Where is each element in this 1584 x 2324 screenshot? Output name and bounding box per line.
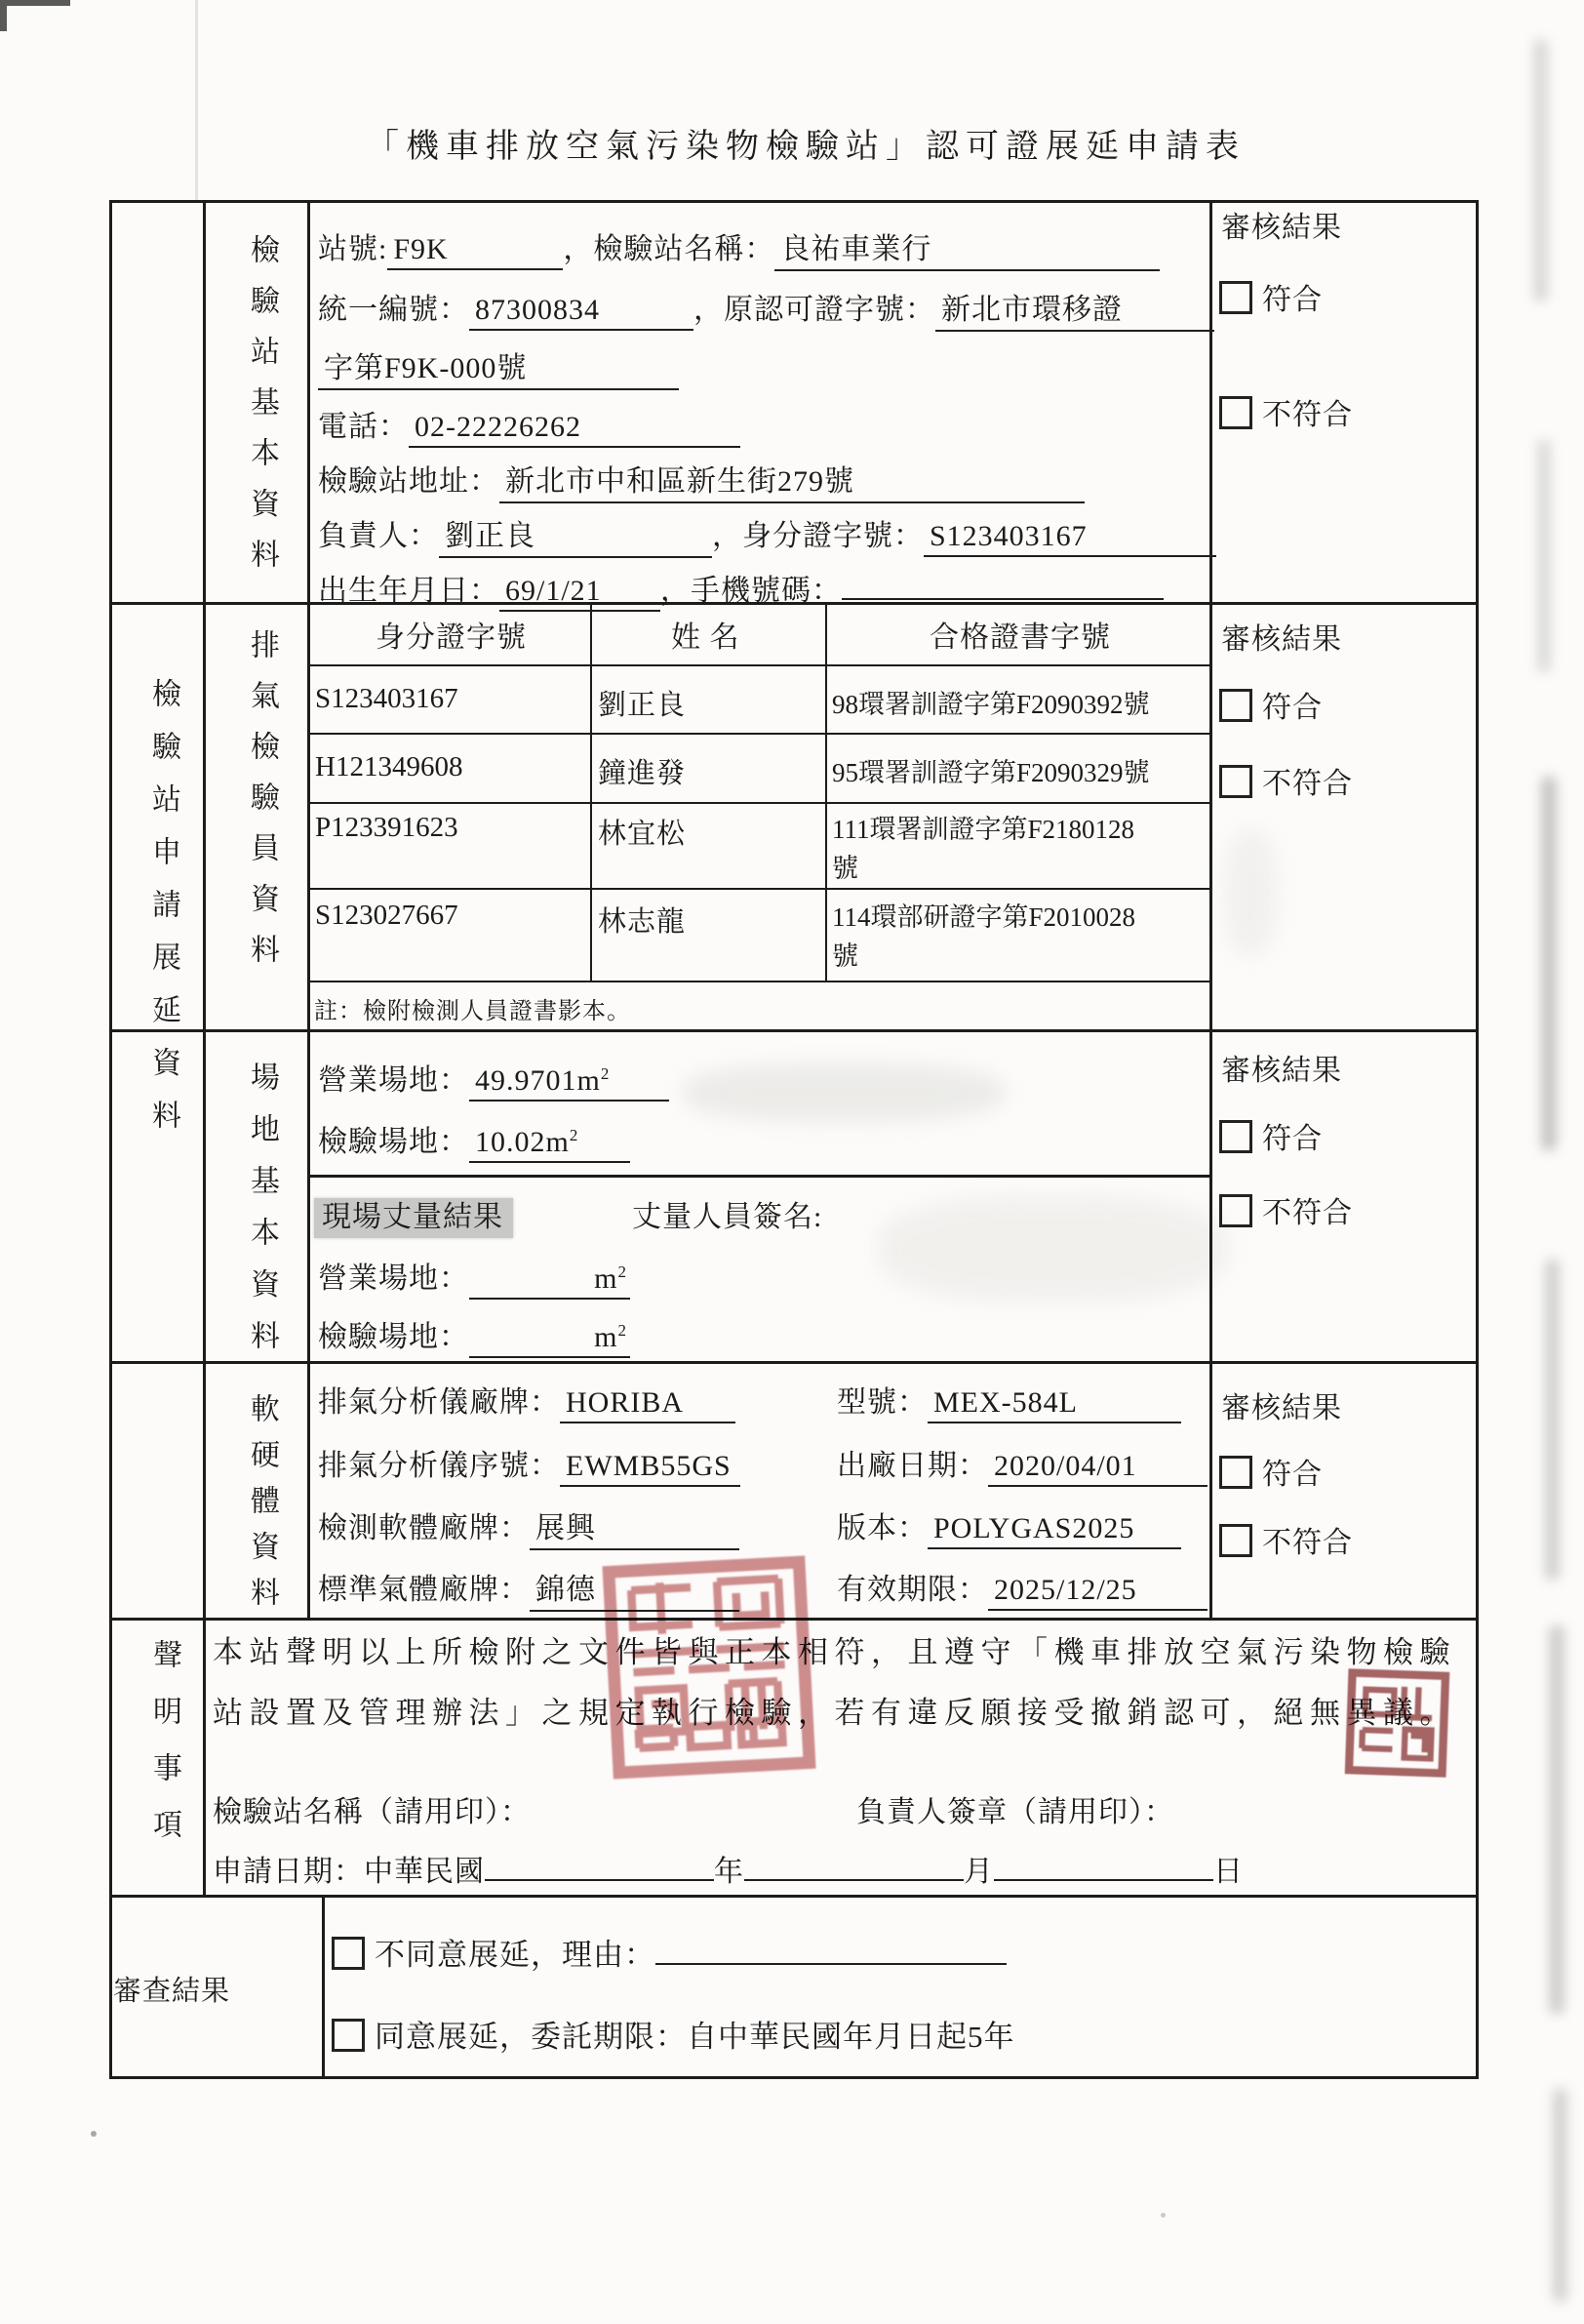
audit-pass-option: 符合 — [1219, 275, 1323, 318]
value-reject-reason-blank — [655, 1961, 1007, 1965]
value-software-brand: 展興 — [530, 1503, 739, 1550]
section-label-station-info: 檢驗站基本資料 — [240, 234, 283, 589]
value-date-day-blank — [994, 1877, 1213, 1881]
value-factory-date: 2020/04/01 — [988, 1450, 1208, 1487]
station-seal-label: 檢驗站名稱（請用印）： — [213, 1787, 531, 1830]
bleed-through-artifact — [1537, 439, 1551, 673]
value-inspection-measured-blank: m2 — [469, 1321, 630, 1358]
value-address: 新北市中和區新生街279號 — [499, 457, 1085, 503]
value-mobile-blank — [842, 596, 1164, 600]
table-border — [109, 1618, 1479, 1621]
declaration-line-2: 站設置及管理辦法」之規定執行檢驗，若有違反願接受撤銷認可，絕無異議。 — [213, 1688, 1456, 1732]
review-reject-option: 不同意展延，理由： — [332, 1930, 1007, 1974]
bleed-through-smudge — [878, 1195, 1229, 1302]
scan-speck — [1161, 2213, 1166, 2218]
audit-fail-option: 不符合 — [1219, 1518, 1353, 1561]
field-station-no: 站號:F9K，檢驗站名稱：良祐車業行 — [318, 224, 1160, 271]
inspector-row-id: P123391623 — [315, 812, 458, 844]
value-analyzer-model: MEX-584L — [928, 1386, 1181, 1423]
field-phone: 電話：02-22226262 — [318, 402, 740, 448]
audit-header: 審核結果 — [1221, 1383, 1342, 1426]
table-border — [109, 1361, 1479, 1364]
measurement-signature-label: 丈量人員簽名: — [632, 1192, 822, 1235]
application-date-line: 申請日期：中華民國年月日 — [213, 1847, 1244, 1890]
value-date-year-blank — [485, 1877, 714, 1881]
paper-crease — [195, 0, 198, 200]
field-business-area: 營業場地：49.9701m2 — [318, 1056, 669, 1102]
inspector-row-id: H121349608 — [315, 751, 462, 783]
checkbox-pass — [1219, 1120, 1252, 1153]
table-border — [590, 602, 592, 982]
value-gas-brand: 錦德 — [530, 1565, 739, 1612]
table-border — [109, 200, 112, 2079]
value-birthday: 69/1/21 — [499, 575, 660, 612]
value-station-no: F9K — [387, 233, 563, 270]
table-border — [109, 1029, 1479, 1032]
section-label-site-info: 場地基本資料 — [240, 1062, 283, 1372]
value-orig-cert-2: 字第F9K-000號 — [318, 343, 679, 390]
section-label-inspectors: 排氣檢驗員資料 — [240, 629, 283, 984]
table-border — [307, 664, 1209, 666]
field-analyzer-brand: 排氣分析儀廠牌：HORIBA — [318, 1378, 735, 1423]
checkbox-pass — [1219, 281, 1252, 314]
value-uniform-no: 87300834 — [469, 294, 693, 331]
table-border — [825, 602, 827, 982]
field-orig-cert-cont: 字第F9K-000號 — [318, 343, 679, 390]
table-border — [109, 2076, 1479, 2079]
field-software-brand: 檢測軟體廠牌：展興 — [318, 1503, 739, 1550]
checkbox-fail — [1219, 396, 1252, 429]
field-analyzer-model: 型號：MEX-584L — [837, 1378, 1181, 1423]
checkbox-fail — [1219, 1524, 1252, 1557]
table-border — [307, 802, 1209, 804]
value-analyzer-brand: HORIBA — [560, 1386, 735, 1423]
inspector-row-name: 林宜松 — [598, 812, 686, 852]
field-inspection-area-measured: 檢驗場地：m2 — [318, 1312, 630, 1358]
value-business-measured-blank: m2 — [469, 1262, 630, 1300]
measurement-header: 現場丈量結果 — [314, 1192, 513, 1235]
audit-pass-option: 符合 — [1219, 683, 1323, 726]
bleed-through-artifact — [1549, 1624, 1564, 2015]
bleed-through-smudge — [1224, 829, 1278, 956]
value-owner-id: S123403167 — [924, 520, 1216, 557]
value-gas-expiry: 2025/12/25 — [988, 1574, 1208, 1611]
table-border — [1476, 200, 1479, 2079]
audit-pass-option: 符合 — [1219, 1114, 1323, 1157]
audit-header: 審核結果 — [1221, 203, 1342, 246]
value-owner: 劉正良 — [439, 511, 712, 558]
checkbox-approve — [332, 2019, 365, 2052]
field-gas-brand: 標準氣體廠牌：錦德 — [318, 1565, 739, 1612]
table-border — [307, 981, 1209, 982]
column-header-name: 姓 名 — [671, 613, 740, 656]
audit-pass-option: 符合 — [1219, 1450, 1323, 1493]
value-phone: 02-22226262 — [409, 411, 740, 448]
section-label-hardware: 軟硬體資料 — [240, 1393, 283, 1623]
table-border — [307, 888, 1209, 890]
bleed-through-artifact — [1541, 776, 1557, 1151]
table-border — [307, 1175, 1209, 1178]
inspector-row-name: 林志龍 — [598, 900, 686, 940]
field-owner: 負責人：劉正良，身分證字號：S123403167 — [318, 511, 1216, 558]
value-software-version: POLYGAS2025 — [928, 1512, 1181, 1549]
field-inspection-area: 檢驗場地：10.02m2 — [318, 1117, 630, 1163]
audit-fail-option: 不符合 — [1219, 1188, 1353, 1231]
value-station-name: 良祐車業行 — [774, 224, 1160, 271]
inspectors-note: 註：檢附檢測人員證書影本。 — [314, 991, 631, 1025]
inspector-row-cert: 95環署訓證字第F2090329號 — [832, 753, 1203, 792]
checkbox-fail — [1219, 765, 1252, 798]
inspector-row-cert: 111環署訓證字第F2180128 號 — [832, 810, 1203, 888]
section-label-declaration: 聲明事項 — [142, 1639, 185, 1865]
inspector-row-cert: 114環部研證字第F2010028 號 — [832, 898, 1203, 976]
bleed-through-artifact — [1553, 2088, 1567, 2303]
scan-corner-artifact — [0, 0, 70, 6]
owner-seal-label: 負責人簽章（請用印）： — [856, 1787, 1174, 1830]
value-inspection-area: 10.02m2 — [469, 1126, 630, 1163]
value-date-month-blank — [744, 1877, 964, 1881]
inspector-row-name: 劉正良 — [598, 683, 686, 723]
scan-speck — [91, 2131, 97, 2137]
review-approve-option: 同意展延，委託期限：自中華民國年月日起5年 — [332, 2012, 1015, 2056]
checkbox-fail — [1219, 1194, 1252, 1227]
checkbox-reject — [332, 1937, 365, 1970]
field-gas-expiry: 有效期限：2025/12/25 — [837, 1565, 1208, 1611]
field-uniform-no: 統一編號：87300834，原認可證字號：新北市環移證 — [318, 285, 1214, 332]
column-header-id: 身分證字號 — [376, 613, 527, 656]
value-orig-cert-1: 新北市環移證 — [935, 285, 1214, 332]
table-border — [322, 1895, 325, 2076]
inspector-row-id: S123403167 — [315, 683, 458, 715]
bleed-through-artifact — [1545, 1259, 1560, 1581]
audit-header: 審核結果 — [1221, 1046, 1342, 1089]
field-software-version: 版本：POLYGAS2025 — [837, 1503, 1181, 1549]
field-factory-date: 出廠日期：2020/04/01 — [837, 1441, 1208, 1487]
audit-header: 審核結果 — [1221, 615, 1342, 658]
table-border — [307, 200, 310, 1618]
inspector-row-name: 鐘進發 — [598, 751, 686, 791]
field-analyzer-serial: 排氣分析儀序號：EWMB55GS — [318, 1441, 740, 1487]
column-header-cert: 合格證書字號 — [930, 613, 1111, 656]
field-birthday: 出生年月日：69/1/21，手機號碼： — [318, 566, 1164, 612]
bleed-through-smudge — [683, 1063, 1005, 1122]
table-border — [203, 200, 206, 1898]
measurement-title-highlight: 現場丈量結果 — [314, 1198, 513, 1238]
field-address: 檢驗站地址：新北市中和區新生街279號 — [318, 457, 1085, 503]
audit-fail-option: 不符合 — [1219, 759, 1353, 802]
declaration-line-1: 本站聲明以上所檢附之文件皆與正本相符，且遵守「機車排放空氣污染物檢驗 — [213, 1627, 1456, 1671]
field-business-area-measured: 營業場地：m2 — [318, 1254, 630, 1300]
checkbox-pass — [1219, 689, 1252, 722]
table-border — [307, 733, 1209, 735]
inspector-row-cert: 98環署訓證字第F2090392號 — [832, 685, 1203, 724]
side-label-application-data: 檢驗站申請展延資料 — [141, 678, 184, 1152]
scanned-application-form: 「機車排放空氣污染物檢驗站」認可證展延申請表 檢驗站申請展延資料 檢驗站基本資料… — [0, 0, 1584, 2324]
scan-corner-artifact — [0, 0, 7, 31]
inspector-row-id: S123027667 — [315, 900, 458, 932]
checkbox-pass — [1219, 1456, 1252, 1489]
bleed-through-artifact — [1533, 39, 1548, 302]
value-analyzer-serial: EWMB55GS — [560, 1450, 740, 1487]
table-border — [1209, 200, 1212, 1618]
form-title: 「機車排放空氣污染物檢驗站」認可證展延申請表 — [366, 119, 1246, 167]
value-business-area: 49.9701m2 — [469, 1064, 669, 1102]
table-border — [109, 1895, 1479, 1898]
section-label-review-result: 審查結果 — [113, 1969, 230, 2009]
audit-fail-option: 不符合 — [1219, 390, 1353, 433]
